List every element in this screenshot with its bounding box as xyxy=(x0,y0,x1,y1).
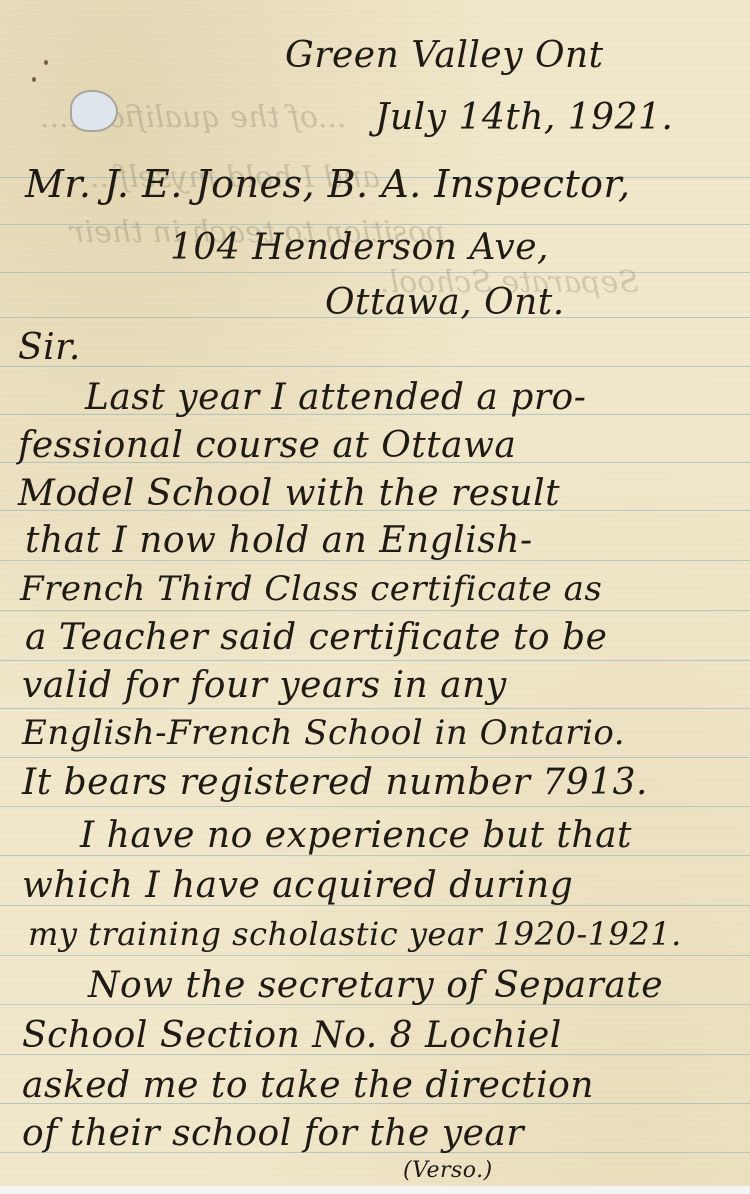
body-line: Now the secretary of Separate xyxy=(88,968,663,1004)
body-line: a Teacher said certificate to be xyxy=(25,620,607,656)
ruled-line xyxy=(0,708,750,709)
body-line: I have no experience but that xyxy=(80,818,632,854)
ruled-line xyxy=(0,806,750,807)
body-line: fessional course at Ottawa xyxy=(18,428,516,464)
body-line: which I have acquired during xyxy=(22,868,573,904)
scan-border xyxy=(0,1186,750,1194)
pin-mark xyxy=(32,77,36,82)
letter-place: Green Valley Ont xyxy=(285,38,604,74)
body-line: asked me to take the direction xyxy=(22,1068,594,1104)
letter-page: ...of the qualificati... and I hold myse… xyxy=(0,0,750,1186)
body-line: English-French School in Ontario. xyxy=(22,716,625,750)
addressee-name: Mr. J. E. Jones, B. A. Inspector, xyxy=(25,165,631,203)
paper-hole xyxy=(70,90,118,132)
verso-note: (Verso.) xyxy=(403,1160,493,1182)
body-line: School Section No. 8 Lochiel xyxy=(22,1018,562,1054)
body-line: French Third Class certificate as xyxy=(20,572,602,606)
body-line: valid for four years in any xyxy=(22,668,507,704)
body-line: that I now hold an English- xyxy=(25,523,533,559)
ruled-line xyxy=(0,366,750,367)
body-line: Model School with the result xyxy=(18,476,560,512)
ruled-line xyxy=(0,955,750,956)
ruled-line xyxy=(0,660,750,661)
body-line: It bears registered number 7913. xyxy=(22,765,648,801)
pin-mark xyxy=(44,60,48,65)
ruled-line xyxy=(0,610,750,611)
addressee-city: Ottawa, Ont. xyxy=(325,285,565,321)
letter-date: July 14th, 1921. xyxy=(375,100,673,136)
body-line: of their school for the year xyxy=(22,1116,524,1152)
addressee-street: 104 Henderson Ave, xyxy=(170,230,549,266)
body-line: my training scholastic year 1920-1921. xyxy=(28,918,682,950)
ruled-line xyxy=(0,757,750,758)
body-line: Last year I attended a pro- xyxy=(85,380,586,416)
salutation: Sir. xyxy=(18,330,81,366)
